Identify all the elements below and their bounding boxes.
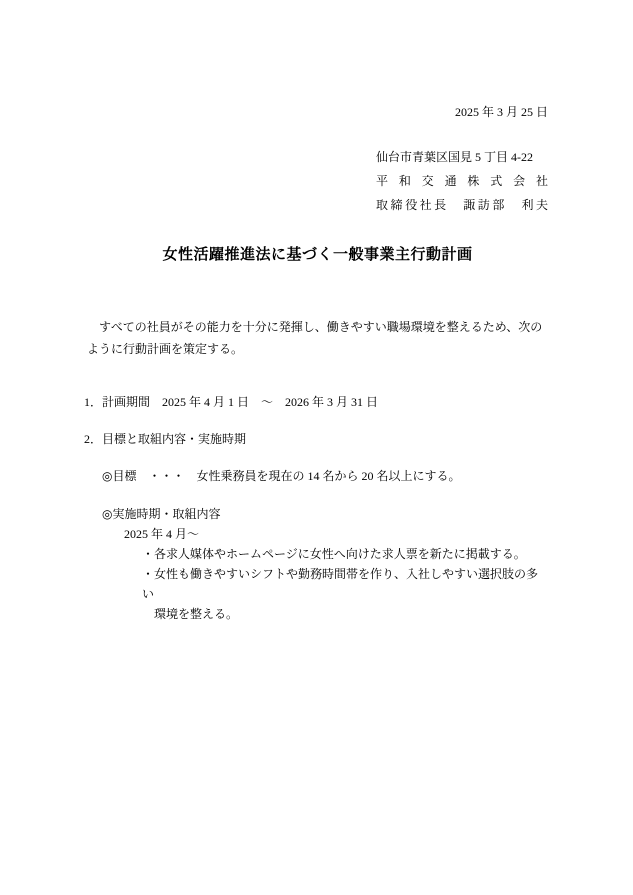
implementation-bullet-2-continuation: 環境を整える。: [154, 604, 548, 624]
section-plan-period: 1．計画期間 2025 年 4 月 1 日 ～ 2026 年 3 月 31 日: [84, 392, 548, 412]
sender-address: 仙台市青葉区国見 5 丁目 4-22: [376, 145, 548, 169]
implementation-bullet-1: ・各求人媒体やホームページに女性へ向けた求人票を新たに掲載する。: [142, 544, 548, 564]
sender-representative: 取締役社長 諏訪部 利夫: [376, 193, 548, 217]
sender-column: 仙台市青葉区国見 5 丁目 4-22 平和交通株式会社 取締役社長 諏訪部 利夫: [376, 145, 548, 217]
implementation-period: 2025 年 4 月～: [124, 524, 548, 544]
intro-line-1: すべての社員がその能力を十分に発揮し、働きやすい職場環境を整えるため、次の: [87, 316, 548, 338]
goal-statement: ◎目標 ・・・ 女性乗務員を現在の 14 名から 20 名以上にする。: [102, 466, 548, 486]
implementation-bullet-2: ・女性も働きやすいシフトや勤務時間帯を作り、入社しやすい選択肢の多い: [142, 564, 548, 604]
document-title: 女性活躍推進法に基づく一般事業主行動計画: [87, 243, 548, 267]
intro-line-2: ように行動計画を策定する。: [87, 338, 548, 360]
intro-paragraph: すべての社員がその能力を十分に発揮し、働きやすい職場環境を整えるため、次の よう…: [87, 316, 548, 360]
section-goals-heading: 2．目標と取組内容・実施時期: [84, 429, 548, 449]
sender-block: 仙台市青葉区国見 5 丁目 4-22 平和交通株式会社 取締役社長 諏訪部 利夫: [87, 145, 548, 217]
implementation-heading: ◎実施時期・取組内容: [102, 504, 548, 524]
sender-company: 平和交通株式会社: [376, 169, 548, 193]
document-date: 2025 年 3 月 25 日: [87, 102, 548, 122]
document-page: 2025 年 3 月 25 日 仙台市青葉区国見 5 丁目 4-22 平和交通株…: [0, 0, 633, 895]
